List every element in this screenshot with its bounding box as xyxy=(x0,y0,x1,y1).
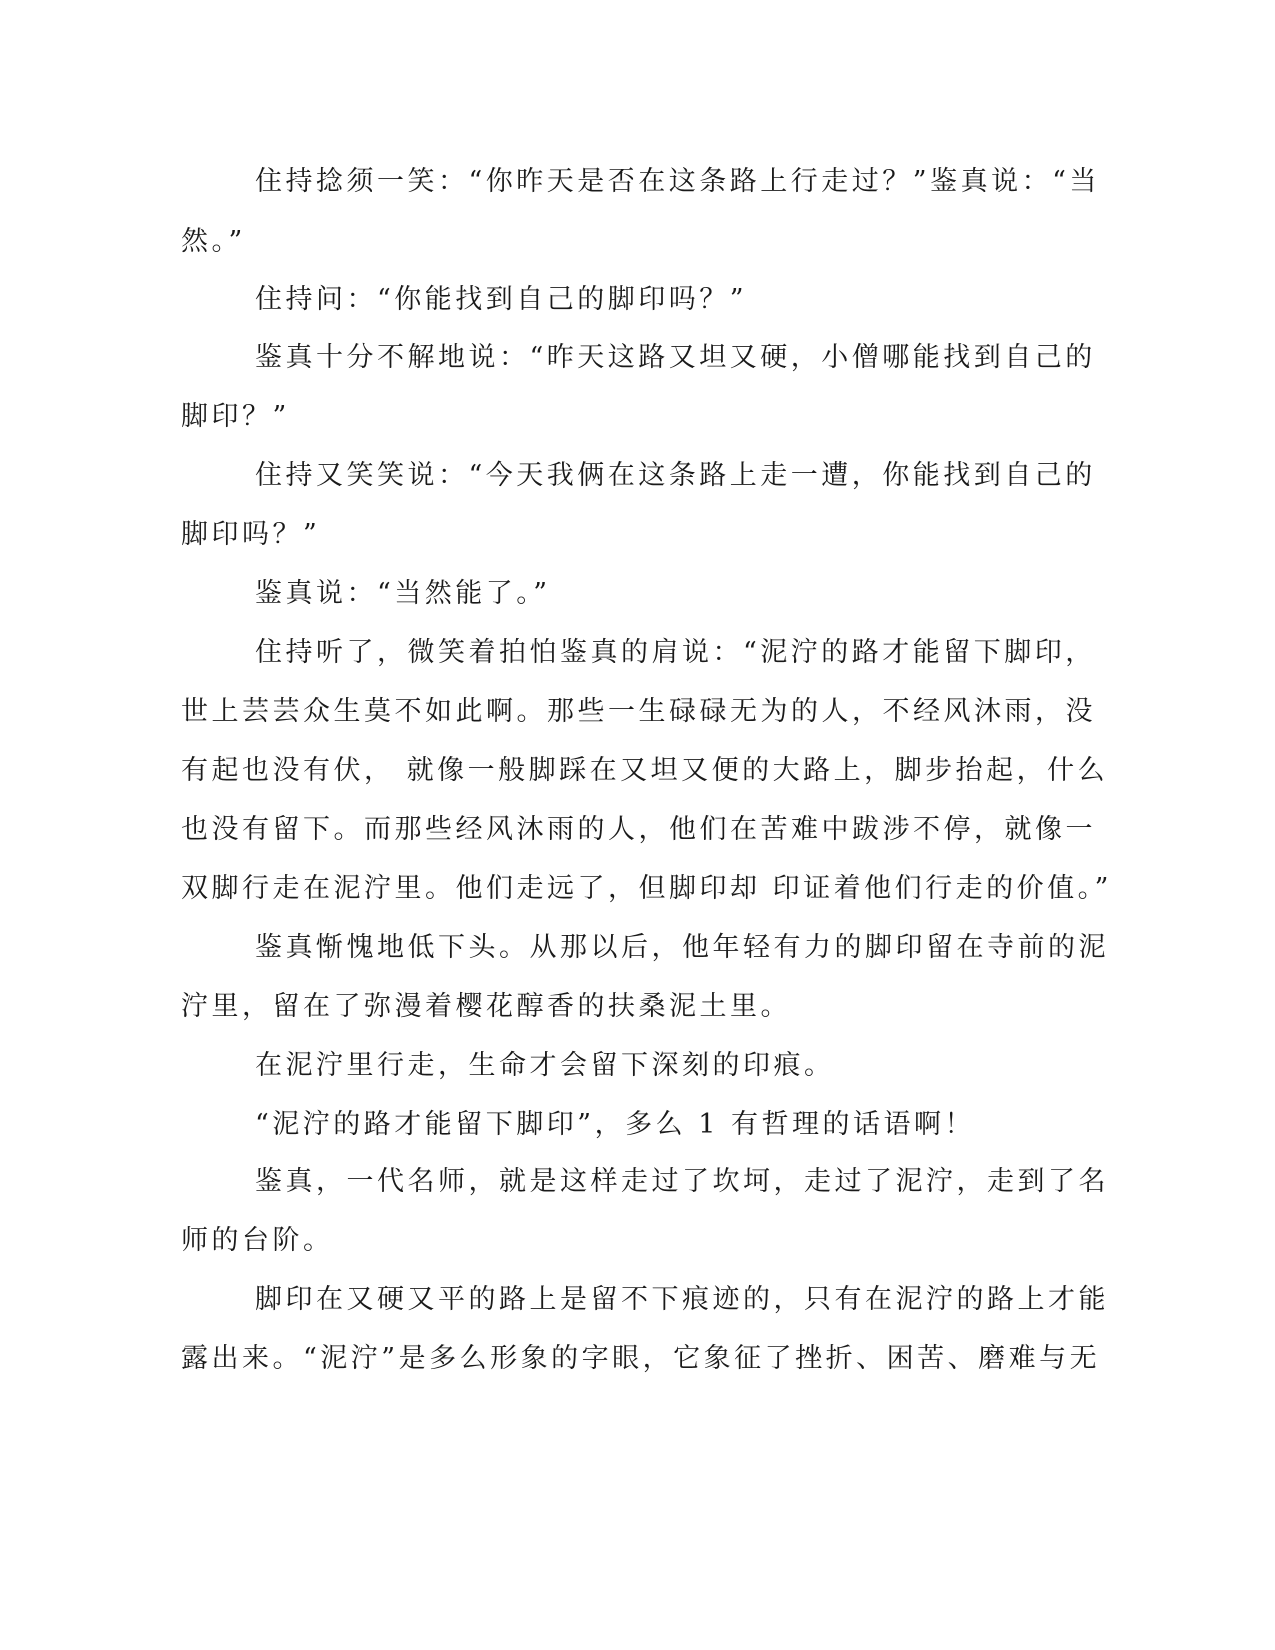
text-line: 在泥泞里行走，生命才会留下深刻的印痕。 xyxy=(255,1049,835,1083)
document-page: 住持捻须一笑：“你昨天是否在这条路上行走过？”鉴真说：“当 然。” 住持问：“你… xyxy=(0,0,1275,1650)
text-line: 双脚行走在泥泞里。他们走远了，但脚印却 印证着他们行走的价值。” xyxy=(181,872,1112,906)
text-line: 鉴真十分不解地说：“昨天这路又坦又硬，小僧哪能找到自己的 xyxy=(255,341,1096,375)
text-line: 世上芸芸众生莫不如此啊。那些一生碌碌无为的人，不经风沐雨，没 xyxy=(181,695,1096,729)
text-line: “泥泞的路才能留下脚印”，多么 1 有哲理的话语啊！ xyxy=(255,1108,975,1142)
text-line: 住持听了，微笑着拍怕鉴真的肩说：“泥泞的路才能留下脚印， xyxy=(255,636,1096,670)
text-line: 露出来。“泥泞”是多么形象的字眼，它象征了挫折、困苦、磨难与无 xyxy=(181,1342,1100,1376)
text-line: 脚印吗？” xyxy=(181,518,320,552)
text-line: 鉴真惭愧地低下头。从那以后，他年轻有力的脚印留在寺前的泥 xyxy=(255,931,1109,965)
text-line: 住持问：“你能找到自己的脚印吗？” xyxy=(255,283,747,317)
text-line: 鉴真，一代名师，就是这样走过了坎坷，走过了泥泞，走到了名 xyxy=(255,1165,1109,1199)
text-line: 有起也没有伏， 就像一般脚踩在又坦又便的大路上，脚步抬起，什么 xyxy=(181,754,1108,788)
text-line: 鉴真说：“当然能了。” xyxy=(255,577,551,611)
text-line: 师的台阶。 xyxy=(181,1224,334,1258)
text-line: 住持又笑笑说：“今天我俩在这条路上走一遭，你能找到自己的 xyxy=(255,459,1096,493)
text-line: 然。” xyxy=(181,225,246,259)
text-line: 也没有留下。而那些经风沐雨的人，他们在苦难中跋涉不停，就像一 xyxy=(181,813,1096,847)
text-line: 脚印在又硬又平的路上是留不下痕迹的，只有在泥泞的路上才能 xyxy=(255,1283,1109,1317)
text-line: 脚印？” xyxy=(181,400,290,434)
text-line: 泞里，留在了弥漫着樱花醇香的扶桑泥土里。 xyxy=(181,990,791,1024)
text-line: 住持捻须一笑：“你昨天是否在这条路上行走过？”鉴真说：“当 xyxy=(255,165,1100,199)
